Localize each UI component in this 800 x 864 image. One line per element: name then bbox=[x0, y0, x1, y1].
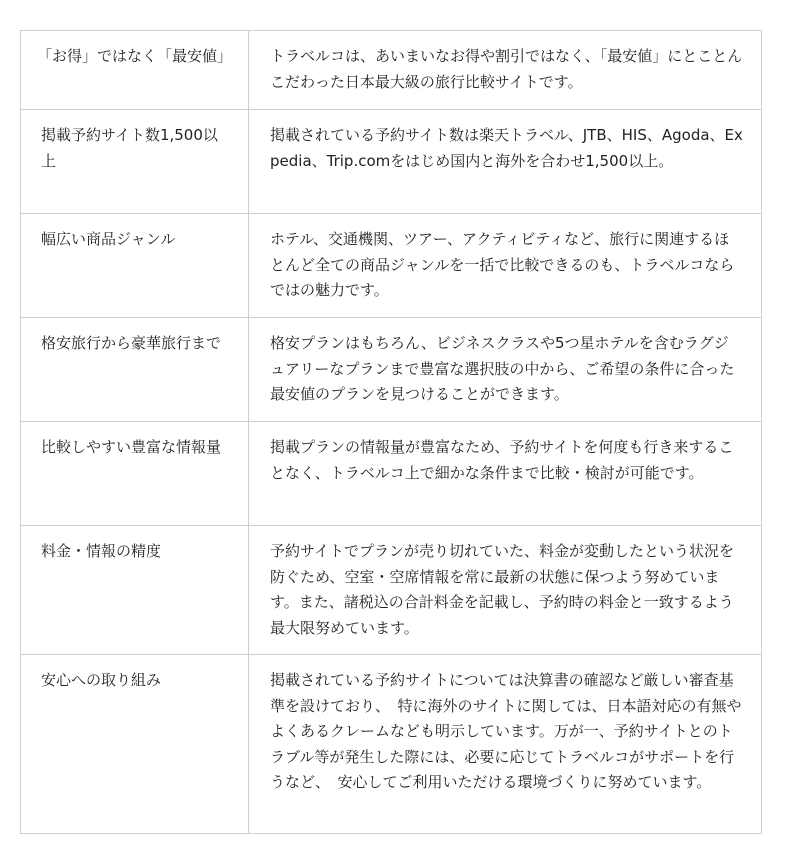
table-row: 格安旅行から豪華旅行まで 格安プランはもちろん、ビジネスクラスや5つ星ホテルを含… bbox=[21, 318, 762, 422]
feature-label: 幅広い商品ジャンル bbox=[21, 214, 249, 318]
feature-description: 掲載されている予約サイトについては決算書の確認など厳しい審査基準を設けており、 … bbox=[249, 655, 762, 834]
table-row: 比較しやすい豊富な情報量 掲載プランの情報量が豊富なため、予約サイトを何度も行き… bbox=[21, 422, 762, 526]
table-row: 掲載予約サイト数1,500以上 掲載されている予約サイト数は楽天トラベル、JTB… bbox=[21, 110, 762, 214]
features-table: 「お得」ではなく「最安値」 トラベルコは、あいまいなお得や割引ではなく、「最安値… bbox=[20, 30, 762, 834]
feature-description: 格安プランはもちろん、ビジネスクラスや5つ星ホテルを含むラグジュアリーなプランま… bbox=[249, 318, 762, 422]
feature-description: 掲載プランの情報量が豊富なため、予約サイトを何度も行き来することなく、トラベルコ… bbox=[249, 422, 762, 526]
table-row: 幅広い商品ジャンル ホテル、交通機関、ツアー、アクティビティなど、旅行に関連する… bbox=[21, 214, 762, 318]
table-row: 安心への取り組み 掲載されている予約サイトについては決算書の確認など厳しい審査基… bbox=[21, 655, 762, 834]
feature-description: トラベルコは、あいまいなお得や割引ではなく、「最安値」にとことんこだわった日本最… bbox=[249, 31, 762, 110]
feature-label: 格安旅行から豪華旅行まで bbox=[21, 318, 249, 422]
feature-label: 比較しやすい豊富な情報量 bbox=[21, 422, 249, 526]
feature-description: 掲載されている予約サイト数は楽天トラベル、JTB、HIS、Agoda、Exped… bbox=[249, 110, 762, 214]
feature-label: 安心への取り組み bbox=[21, 655, 249, 834]
feature-label: 料金・情報の精度 bbox=[21, 526, 249, 655]
feature-label: 掲載予約サイト数1,500以上 bbox=[21, 110, 249, 214]
feature-description: ホテル、交通機関、ツアー、アクティビティなど、旅行に関連するほとんど全ての商品ジ… bbox=[249, 214, 762, 318]
table-row: 料金・情報の精度 予約サイトでプランが売り切れていた、料金が変動したという状況を… bbox=[21, 526, 762, 655]
feature-label: 「お得」ではなく「最安値」 bbox=[21, 31, 249, 110]
feature-description: 予約サイトでプランが売り切れていた、料金が変動したという状況を防ぐため、空室・空… bbox=[249, 526, 762, 655]
table-row: 「お得」ではなく「最安値」 トラベルコは、あいまいなお得や割引ではなく、「最安値… bbox=[21, 31, 762, 110]
